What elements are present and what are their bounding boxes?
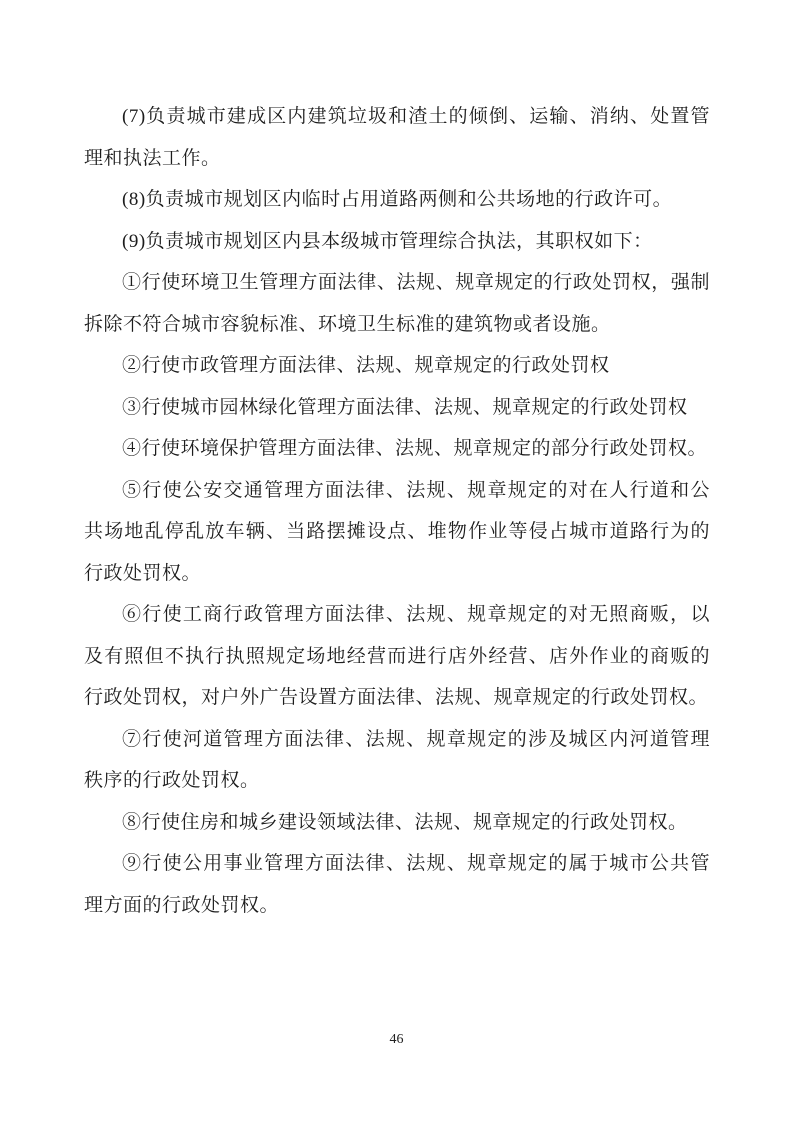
paragraph-sub-6: ⑥行使工商行政管理方面法律、法规、规章规定的对无照商贩，以 及有照但不执行执照规… (84, 594, 710, 719)
text-line: (9)负责城市规划区内县本级城市管理综合执法，其职权如下： (84, 221, 710, 263)
paragraph-sub-2: ②行使市政管理方面法律、法规、规章规定的行政处罚权 (84, 345, 710, 387)
document-body: (7)负责城市建成区内建筑垃圾和渣土的倾倒、运输、消纳、处置管 理和执法工作。 … (84, 96, 710, 926)
text-line: ⑦行使河道管理方面法律、法规、规章规定的涉及城区内河道管理 (84, 719, 710, 761)
text-line: (8)负责城市规划区内临时占用道路两侧和公共场地的行政许可。 (84, 179, 710, 221)
text-line: 共场地乱停乱放车辆、当路摆摊设点、堆物作业等侵占城市道路行为的 (84, 511, 710, 553)
text-line: 行政处罚权，对户外广告设置方面法律、法规、规章规定的行政处罚权。 (84, 677, 710, 719)
text-line: ⑨行使公用事业管理方面法律、法规、规章规定的属于城市公共管 (84, 843, 710, 885)
text-line: 行政处罚权。 (84, 553, 710, 595)
text-line: ⑥行使工商行政管理方面法律、法规、规章规定的对无照商贩，以 (84, 594, 710, 636)
text-line: 秩序的行政处罚权。 (84, 760, 710, 802)
paragraph-item-7: (7)负责城市建成区内建筑垃圾和渣土的倾倒、运输、消纳、处置管 理和执法工作。 (84, 96, 710, 179)
text-line: 拆除不符合城市容貌标准、环境卫生标准的建筑物或者设施。 (84, 304, 710, 346)
text-line: 理方面的行政处罚权。 (84, 885, 710, 927)
paragraph-item-8: (8)负责城市规划区内临时占用道路两侧和公共场地的行政许可。 (84, 179, 710, 221)
text-line: ⑧行使住房和城乡建设领域法律、法规、规章规定的行政处罚权。 (84, 802, 710, 844)
paragraph-sub-5: ⑤行使公安交通管理方面法律、法规、规章规定的对在人行道和公 共场地乱停乱放车辆、… (84, 470, 710, 595)
paragraph-sub-8: ⑧行使住房和城乡建设领域法律、法规、规章规定的行政处罚权。 (84, 802, 710, 844)
text-line: ④行使环境保护管理方面法律、法规、规章规定的部分行政处罚权。 (84, 428, 710, 470)
paragraph-sub-7: ⑦行使河道管理方面法律、法规、规章规定的涉及城区内河道管理 秩序的行政处罚权。 (84, 719, 710, 802)
text-line: (7)负责城市建成区内建筑垃圾和渣土的倾倒、运输、消纳、处置管 (84, 96, 710, 138)
paragraph-sub-4: ④行使环境保护管理方面法律、法规、规章规定的部分行政处罚权。 (84, 428, 710, 470)
text-line: ⑤行使公安交通管理方面法律、法规、规章规定的对在人行道和公 (84, 470, 710, 512)
paragraph-sub-1: ①行使环境卫生管理方面法律、法规、规章规定的行政处罚权，强制 拆除不符合城市容貌… (84, 262, 710, 345)
text-line: ②行使市政管理方面法律、法规、规章规定的行政处罚权 (84, 345, 710, 387)
text-line: 理和执法工作。 (84, 138, 710, 180)
text-line: ①行使环境卫生管理方面法律、法规、规章规定的行政处罚权，强制 (84, 262, 710, 304)
text-line: ③行使城市园林绿化管理方面法律、法规、规章规定的行政处罚权 (84, 387, 710, 429)
paragraph-item-9: (9)负责城市规划区内县本级城市管理综合执法，其职权如下： (84, 221, 710, 263)
page-number: 46 (0, 1032, 793, 1048)
paragraph-sub-9: ⑨行使公用事业管理方面法律、法规、规章规定的属于城市公共管 理方面的行政处罚权。 (84, 843, 710, 926)
document-page: (7)负责城市建成区内建筑垃圾和渣土的倾倒、运输、消纳、处置管 理和执法工作。 … (0, 0, 793, 1122)
text-line: 及有照但不执行执照规定场地经营而进行店外经营、店外作业的商贩的 (84, 636, 710, 678)
paragraph-sub-3: ③行使城市园林绿化管理方面法律、法规、规章规定的行政处罚权 (84, 387, 710, 429)
